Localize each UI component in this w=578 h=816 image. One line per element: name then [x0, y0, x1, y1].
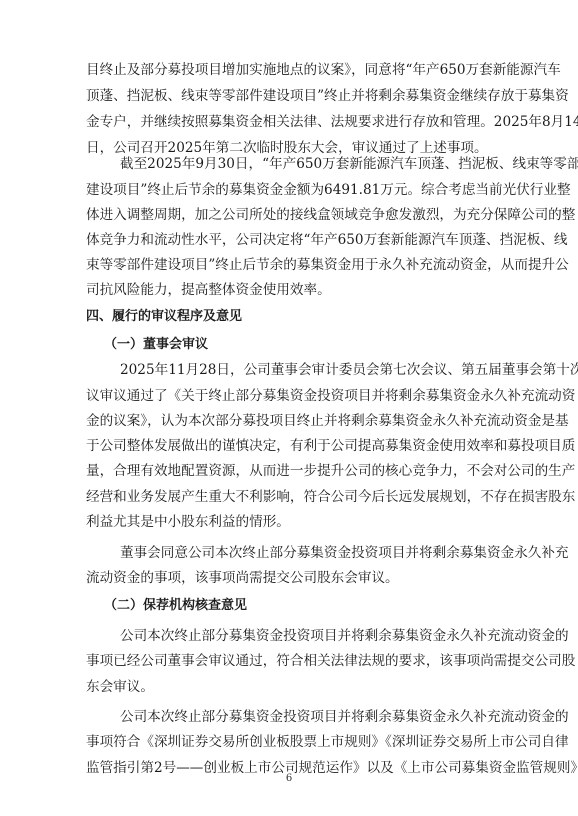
text-line: 体竞争力和流动性水平，公司决定将“年产650万套新能源汽车顶蓬、挡泥板、线	[86, 231, 494, 249]
subsection-heading: （一）董事会审议	[104, 336, 512, 354]
text-line: 公司本次终止部分募集资金投资项目并将剩余募集资金永久补充流动资金的	[120, 708, 494, 726]
text-line: 截至2025年9月30日，“年产650万套新能源汽车顶蓬、挡泥板、线束等零部件	[120, 155, 494, 173]
text-line: 金专户，并继续按照募集资金相关法律、法规要求进行存放和管理。2025年8月14	[86, 113, 494, 131]
page-number: 6	[0, 773, 578, 784]
section-heading: 四、履行的审议程序及意见	[86, 308, 494, 326]
document-page: 目终止及部分募投项目增加实施地点的议案》，同意将“年产650万套新能源汽车顶蓬、…	[0, 0, 578, 816]
text-line: 东会审议。	[86, 678, 494, 696]
text-line: 事项已经公司董事会审议通过，符合相关法律法规的要求，该事项尚需提交公司股	[86, 652, 494, 670]
text-line: 议审议通过了《关于终止部分募集资金投资项目并将剩余募集资金永久补充流动资	[86, 387, 494, 405]
text-line: 体进入调整周期，加之公司所处的接线盒领域竞争愈发激烈，为充分保障公司的整	[86, 206, 494, 224]
text-line: 量，合理有效地配置资源，从而进一步提升公司的核心竞争力，不会对公司的生产	[86, 462, 494, 480]
text-line: 金的议案》，认为本次部分募投项目终止并将剩余募集资金永久补充流动资金是基	[86, 412, 494, 430]
text-line: 流动资金的事项，该事项尚需提交公司股东会审议。	[86, 569, 494, 587]
text-line: 经营和业务发展产生重大不利影响，符合公司今后长远发展规划，不存在损害股东	[86, 488, 494, 506]
text-line: 2025年11月28日，公司董事会审计委员会第七次会议、第五届董事会第十次会	[120, 361, 494, 379]
text-line: 建设项目”终止后节余的募集资金金额为6491.81万元。综合考虑当前光伏行业整	[86, 181, 494, 199]
text-line: 于公司整体发展做出的谨慎决定，有利于公司提高募集资金使用效率和募投项目质	[86, 437, 494, 455]
text-line: 束等零部件建设项目”终止后节余的募集资金用于永久补充流动资金，从而提升公	[86, 256, 494, 274]
subsection-heading: （二）保荐机构核查意见	[104, 597, 512, 615]
text-line: 顶蓬、挡泥板、线束等零部件建设项目”终止并将剩余募集资金继续存放于募集资	[86, 87, 494, 105]
text-line: 利益尤其是中小股东利益的情形。	[86, 513, 494, 531]
text-line: 司抗风险能力，提高整体资金使用效率。	[86, 281, 494, 299]
text-line: 事项符合《深圳证券交易所创业板股票上市规则》《深圳证券交易所上市公司自律	[86, 733, 494, 751]
text-line: 董事会同意公司本次终止部分募集资金投资项目并将剩余募集资金永久补充	[120, 544, 494, 562]
text-line: 公司本次终止部分募集资金投资项目并将剩余募集资金永久补充流动资金的	[120, 627, 494, 645]
text-line: 目终止及部分募投项目增加实施地点的议案》，同意将“年产650万套新能源汽车	[86, 61, 494, 79]
